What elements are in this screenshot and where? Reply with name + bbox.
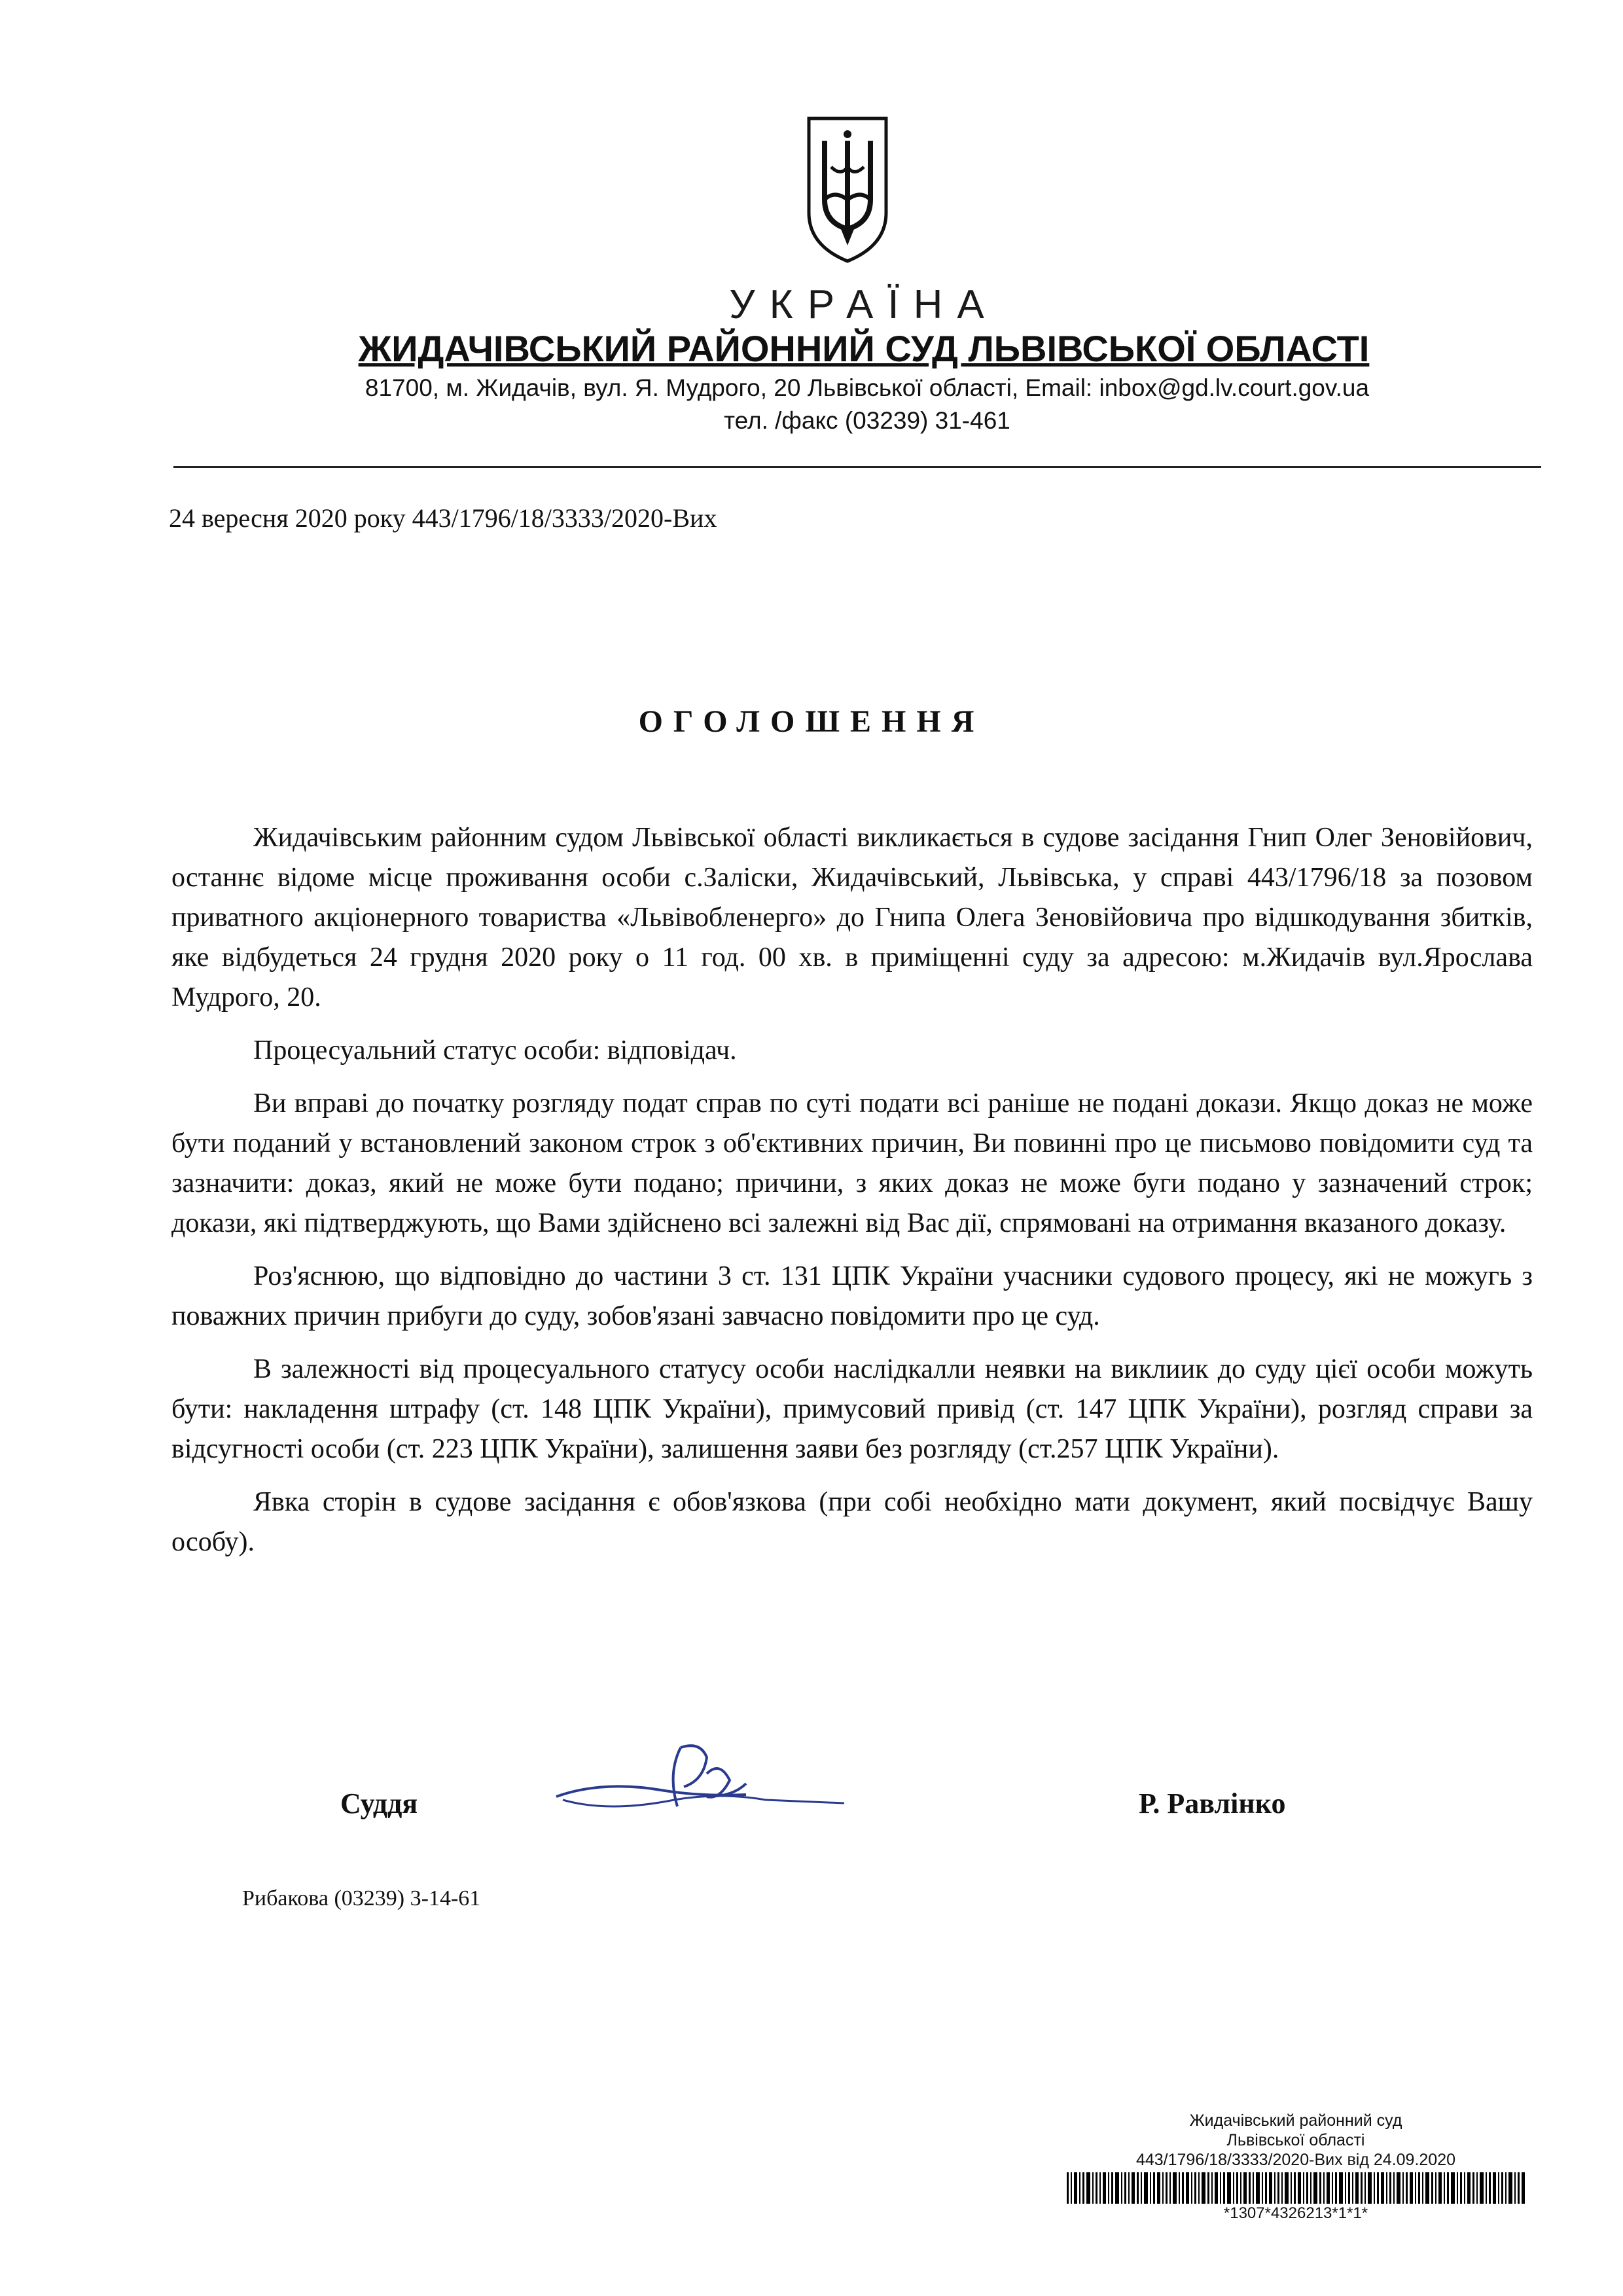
court-address: 81700, м. Жидачів, вул. Я. Мудрого, 20 Л… (0, 374, 1623, 402)
barcode-icon (1067, 2172, 1525, 2204)
header-divider (173, 466, 1541, 468)
document-page: УКРАЇНА ЖИДАЧІВСЬКИЙ РАЙОННИЙ СУД ЛЬВІВС… (0, 0, 1623, 2296)
court-name: ЖИДАЧІВСЬКИЙ РАЙОННИЙ СУД ЛЬВІВСЬКОЇ ОБЛ… (0, 327, 1623, 370)
coat-of-arms-icon (805, 115, 890, 265)
paragraph-consequences: В залежності від процесуального статусу … (171, 1350, 1533, 1469)
handwritten-signature-icon (550, 1734, 864, 1833)
country-name: УКРАЇНА (0, 281, 1623, 328)
paragraph-notice: Роз'яснюю, що відповідно до частини 3 ст… (171, 1257, 1533, 1336)
paragraph-summons: Жидачівським районним судом Львівської о… (171, 818, 1533, 1018)
stamp-reference-line: 443/1796/18/3333/2020-Вих від 24.09.2020 (1047, 2150, 1544, 2170)
stamp-court-line: Жидачівський районний суд (1047, 2111, 1544, 2130)
registration-stamp: Жидачівський районний суд Львівської обл… (1047, 2111, 1544, 2223)
paragraph-evidence: Ви вправі до початку розгляду подат спра… (171, 1084, 1533, 1244)
stamp-region-line: Львівської області (1047, 2130, 1544, 2150)
paragraph-attendance: Явка сторін в судове засідання є обов'яз… (171, 1482, 1533, 1562)
executor-contact: Рибакова (03239) 3-14-61 (242, 1886, 480, 1911)
court-phone: тел. /факс (03239) 31-461 (0, 407, 1623, 435)
document-title: ОГОЛОШЕННЯ (0, 704, 1623, 740)
announcement-body: Жидачівським районним судом Львівської о… (171, 818, 1533, 1575)
barcode-number: *1307*4326213*1*1* (1047, 2204, 1544, 2223)
judge-name: Р. Равлінко (1139, 1787, 1285, 1820)
paragraph-status: Процесуальний статус особи: відповідач. (171, 1031, 1533, 1071)
date-and-reference: 24 вересня 2020 року 443/1796/18/3333/20… (169, 503, 717, 533)
judge-label: Суддя (340, 1787, 418, 1820)
